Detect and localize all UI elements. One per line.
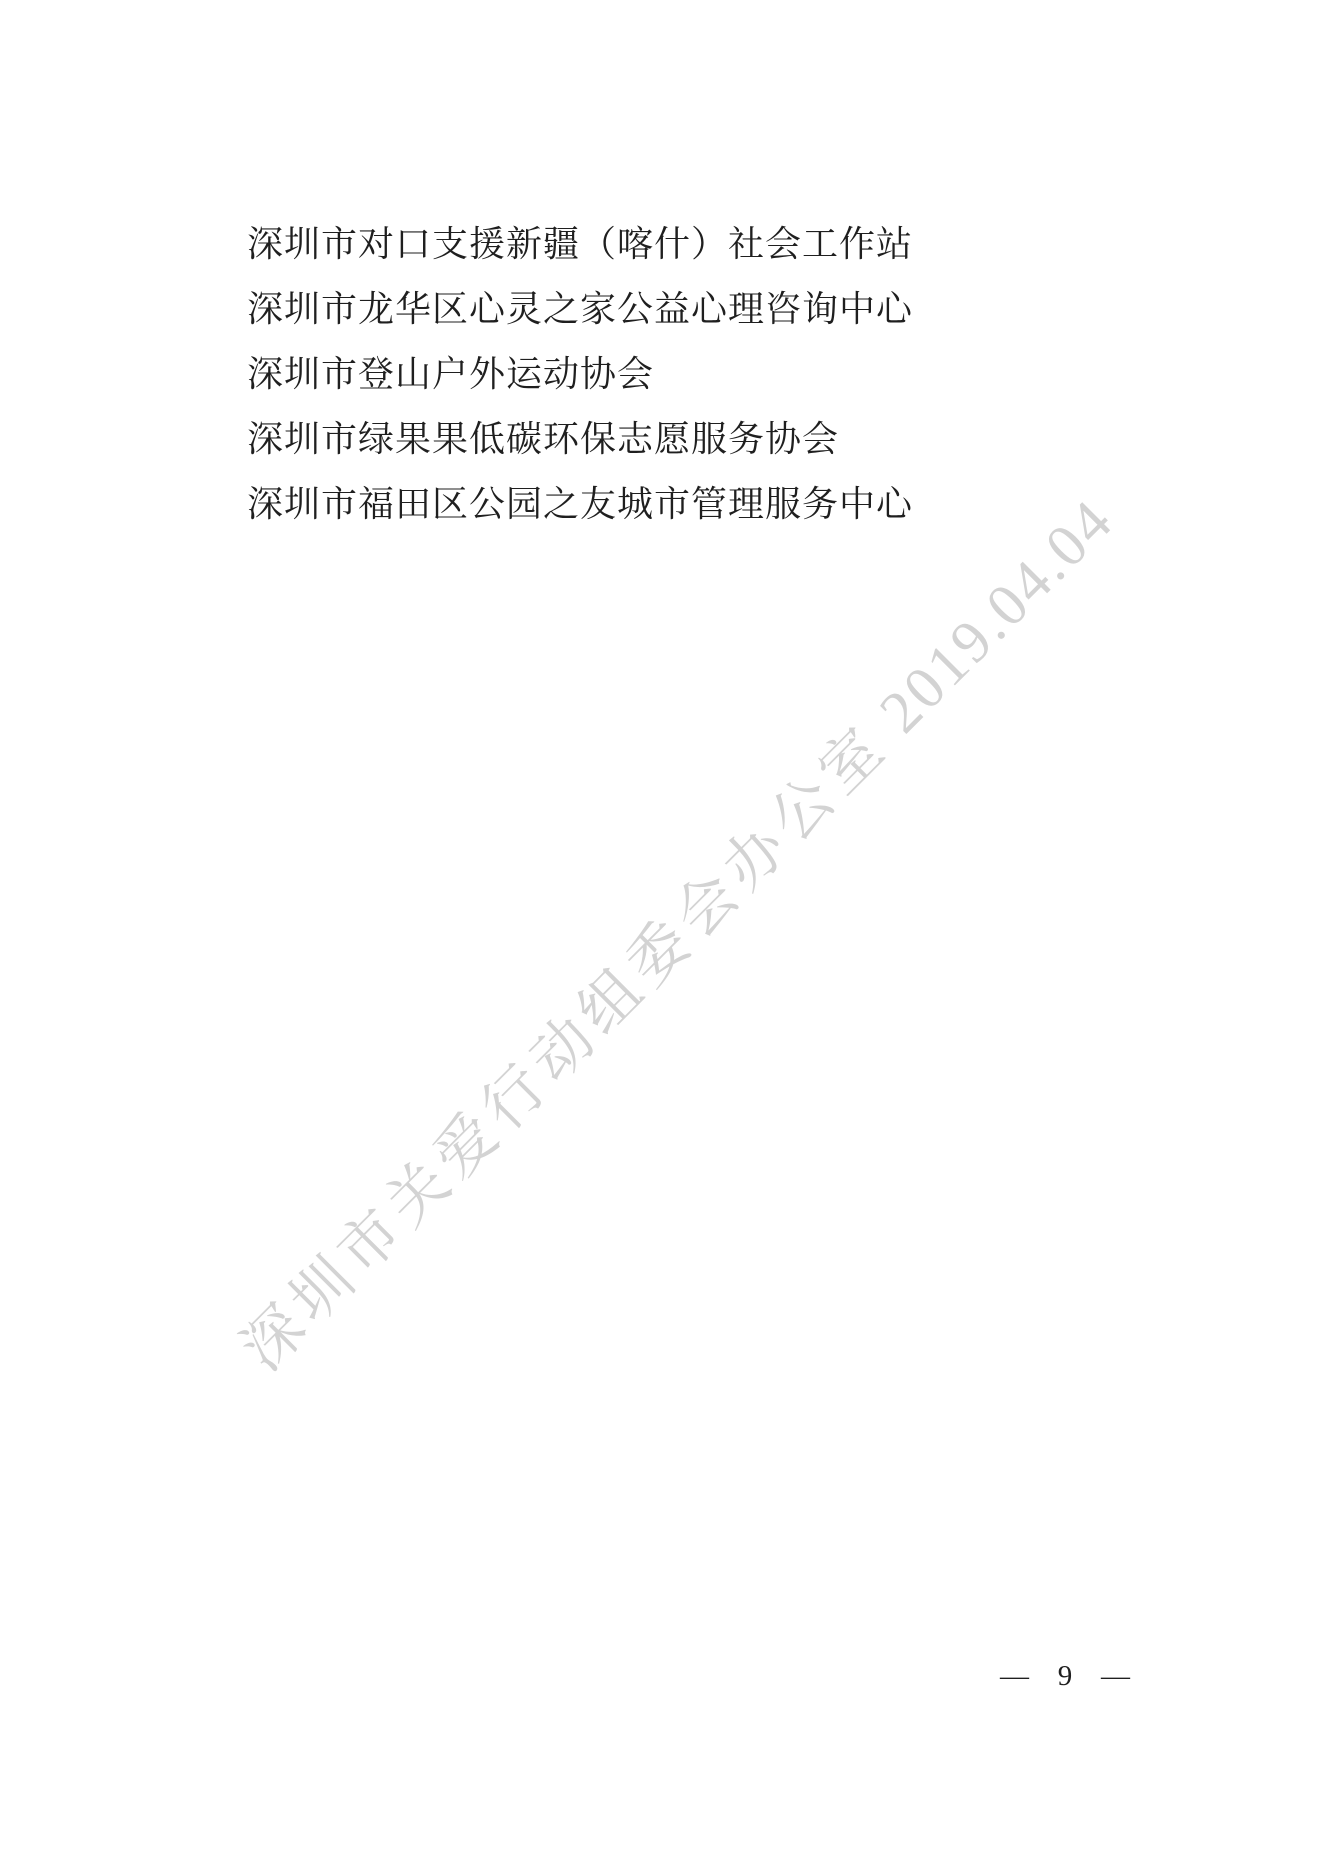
- org-name-line: 深圳市绿果果低碳环保志愿服务协会: [247, 407, 1047, 472]
- page-number-left-dash: —: [1000, 1662, 1029, 1691]
- watermark-text: 深圳市关爱行动组委会办公室: [229, 711, 901, 1383]
- org-name-line: 深圳市龙华区心灵之家公益心理咨询中心: [247, 277, 1047, 342]
- page-number-value: 9: [1058, 1662, 1073, 1691]
- diagonal-watermark: 深圳市关爱行动组委会办公室2019.04.04: [219, 476, 1130, 1387]
- org-name-line: 深圳市登山户外运动协会: [247, 342, 1047, 407]
- org-name-line: 深圳市对口支援新疆（喀什）社会工作站: [247, 212, 1047, 277]
- page-number: — 9 —: [1000, 1662, 1130, 1691]
- organization-list: 深圳市对口支援新疆（喀什）社会工作站 深圳市龙华区心灵之家公益心理咨询中心 深圳…: [247, 212, 1047, 537]
- document-page: 深圳市对口支援新疆（喀什）社会工作站 深圳市龙华区心灵之家公益心理咨询中心 深圳…: [0, 0, 1323, 1871]
- org-name-line: 深圳市福田区公园之友城市管理服务中心: [247, 472, 1047, 537]
- page-number-right-dash: —: [1101, 1662, 1130, 1691]
